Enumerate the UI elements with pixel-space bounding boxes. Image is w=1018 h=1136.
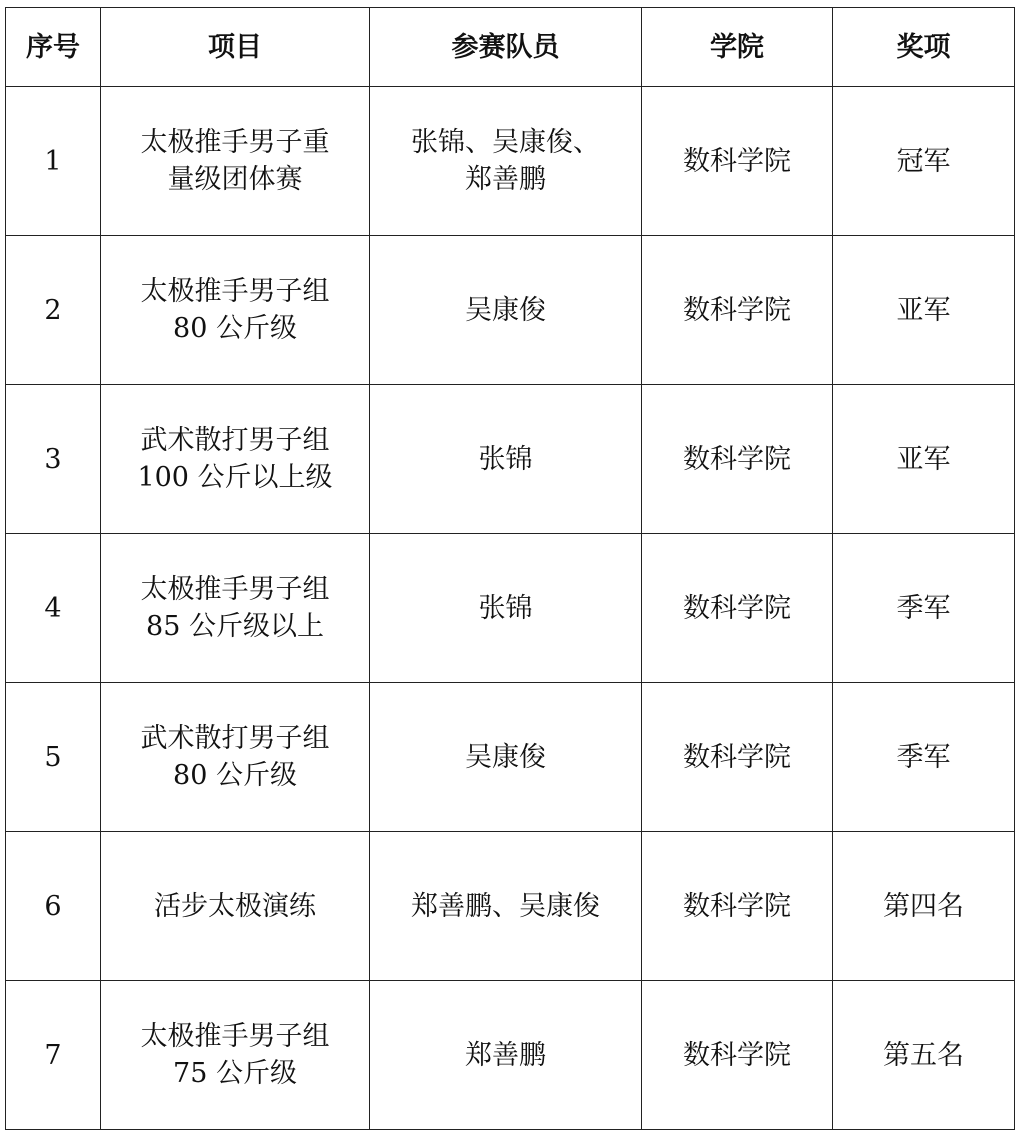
cell-college: 数科学院 bbox=[642, 683, 833, 832]
header-no: 序号 bbox=[6, 8, 101, 87]
cell-event-line: 太极推手男子组 bbox=[105, 571, 365, 608]
cell-award: 季军 bbox=[833, 534, 1015, 683]
table-row: 7太极推手男子组75 公斤级郑善鹏数科学院第五名 bbox=[6, 981, 1015, 1130]
cell-members-line: 张锦 bbox=[374, 441, 637, 478]
cell-event-line: 85 公斤级以上 bbox=[105, 608, 365, 645]
header-award: 奖项 bbox=[833, 8, 1015, 87]
cell-event-line: 量级团体赛 bbox=[105, 161, 365, 198]
cell-members: 张锦、吴康俊、郑善鹏 bbox=[370, 87, 642, 236]
cell-no: 7 bbox=[6, 981, 101, 1130]
table-row: 4太极推手男子组85 公斤级以上张锦数科学院季军 bbox=[6, 534, 1015, 683]
cell-event: 太极推手男子组80 公斤级 bbox=[101, 236, 370, 385]
cell-no: 5 bbox=[6, 683, 101, 832]
cell-no: 2 bbox=[6, 236, 101, 385]
header-event: 项目 bbox=[101, 8, 370, 87]
cell-members-line: 张锦 bbox=[374, 590, 637, 627]
cell-college: 数科学院 bbox=[642, 385, 833, 534]
cell-no: 1 bbox=[6, 87, 101, 236]
cell-award: 亚军 bbox=[833, 236, 1015, 385]
cell-event: 武术散打男子组100 公斤以上级 bbox=[101, 385, 370, 534]
cell-event-line: 太极推手男子组 bbox=[105, 1018, 365, 1055]
cell-award: 第五名 bbox=[833, 981, 1015, 1130]
table-row: 1太极推手男子重量级团体赛张锦、吴康俊、郑善鹏数科学院冠军 bbox=[6, 87, 1015, 236]
header-members: 参赛队员 bbox=[370, 8, 642, 87]
cell-college: 数科学院 bbox=[642, 832, 833, 981]
awards-table: 序号 项目 参赛队员 学院 奖项 1太极推手男子重量级团体赛张锦、吴康俊、郑善鹏… bbox=[5, 7, 1015, 1130]
cell-members: 张锦 bbox=[370, 534, 642, 683]
cell-members-line: 吴康俊 bbox=[374, 292, 637, 329]
cell-no: 6 bbox=[6, 832, 101, 981]
cell-event-line: 100 公斤以上级 bbox=[105, 459, 365, 496]
cell-event-line: 武术散打男子组 bbox=[105, 720, 365, 757]
cell-event: 活步太极演练 bbox=[101, 832, 370, 981]
cell-award: 季军 bbox=[833, 683, 1015, 832]
cell-members-line: 郑善鹏、吴康俊 bbox=[374, 888, 637, 925]
cell-event-line: 80 公斤级 bbox=[105, 757, 365, 794]
cell-event: 太极推手男子组75 公斤级 bbox=[101, 981, 370, 1130]
cell-award: 第四名 bbox=[833, 832, 1015, 981]
cell-no: 4 bbox=[6, 534, 101, 683]
cell-members: 郑善鹏、吴康俊 bbox=[370, 832, 642, 981]
cell-event-line: 活步太极演练 bbox=[105, 888, 365, 925]
cell-college: 数科学院 bbox=[642, 981, 833, 1130]
cell-members-line: 张锦、吴康俊、 bbox=[374, 124, 637, 161]
cell-college: 数科学院 bbox=[642, 87, 833, 236]
table-row: 6活步太极演练郑善鹏、吴康俊数科学院第四名 bbox=[6, 832, 1015, 981]
cell-award: 亚军 bbox=[833, 385, 1015, 534]
cell-event-line: 武术散打男子组 bbox=[105, 422, 365, 459]
cell-members: 吴康俊 bbox=[370, 683, 642, 832]
cell-event-line: 太极推手男子组 bbox=[105, 273, 365, 310]
cell-members: 张锦 bbox=[370, 385, 642, 534]
table-row: 3武术散打男子组100 公斤以上级张锦数科学院亚军 bbox=[6, 385, 1015, 534]
cell-members-line: 郑善鹏 bbox=[374, 161, 637, 198]
cell-event-line: 75 公斤级 bbox=[105, 1055, 365, 1092]
cell-event: 太极推手男子组85 公斤级以上 bbox=[101, 534, 370, 683]
cell-members-line: 吴康俊 bbox=[374, 739, 637, 776]
cell-event-line: 80 公斤级 bbox=[105, 310, 365, 347]
cell-event-line: 太极推手男子重 bbox=[105, 124, 365, 161]
table-row: 2太极推手男子组80 公斤级吴康俊数科学院亚军 bbox=[6, 236, 1015, 385]
cell-award: 冠军 bbox=[833, 87, 1015, 236]
cell-members: 吴康俊 bbox=[370, 236, 642, 385]
cell-members-line: 郑善鹏 bbox=[374, 1037, 637, 1074]
header-college: 学院 bbox=[642, 8, 833, 87]
cell-college: 数科学院 bbox=[642, 236, 833, 385]
cell-college: 数科学院 bbox=[642, 534, 833, 683]
cell-no: 3 bbox=[6, 385, 101, 534]
cell-event: 太极推手男子重量级团体赛 bbox=[101, 87, 370, 236]
header-row: 序号 项目 参赛队员 学院 奖项 bbox=[6, 8, 1015, 87]
cell-members: 郑善鹏 bbox=[370, 981, 642, 1130]
table-row: 5武术散打男子组80 公斤级吴康俊数科学院季军 bbox=[6, 683, 1015, 832]
cell-event: 武术散打男子组80 公斤级 bbox=[101, 683, 370, 832]
